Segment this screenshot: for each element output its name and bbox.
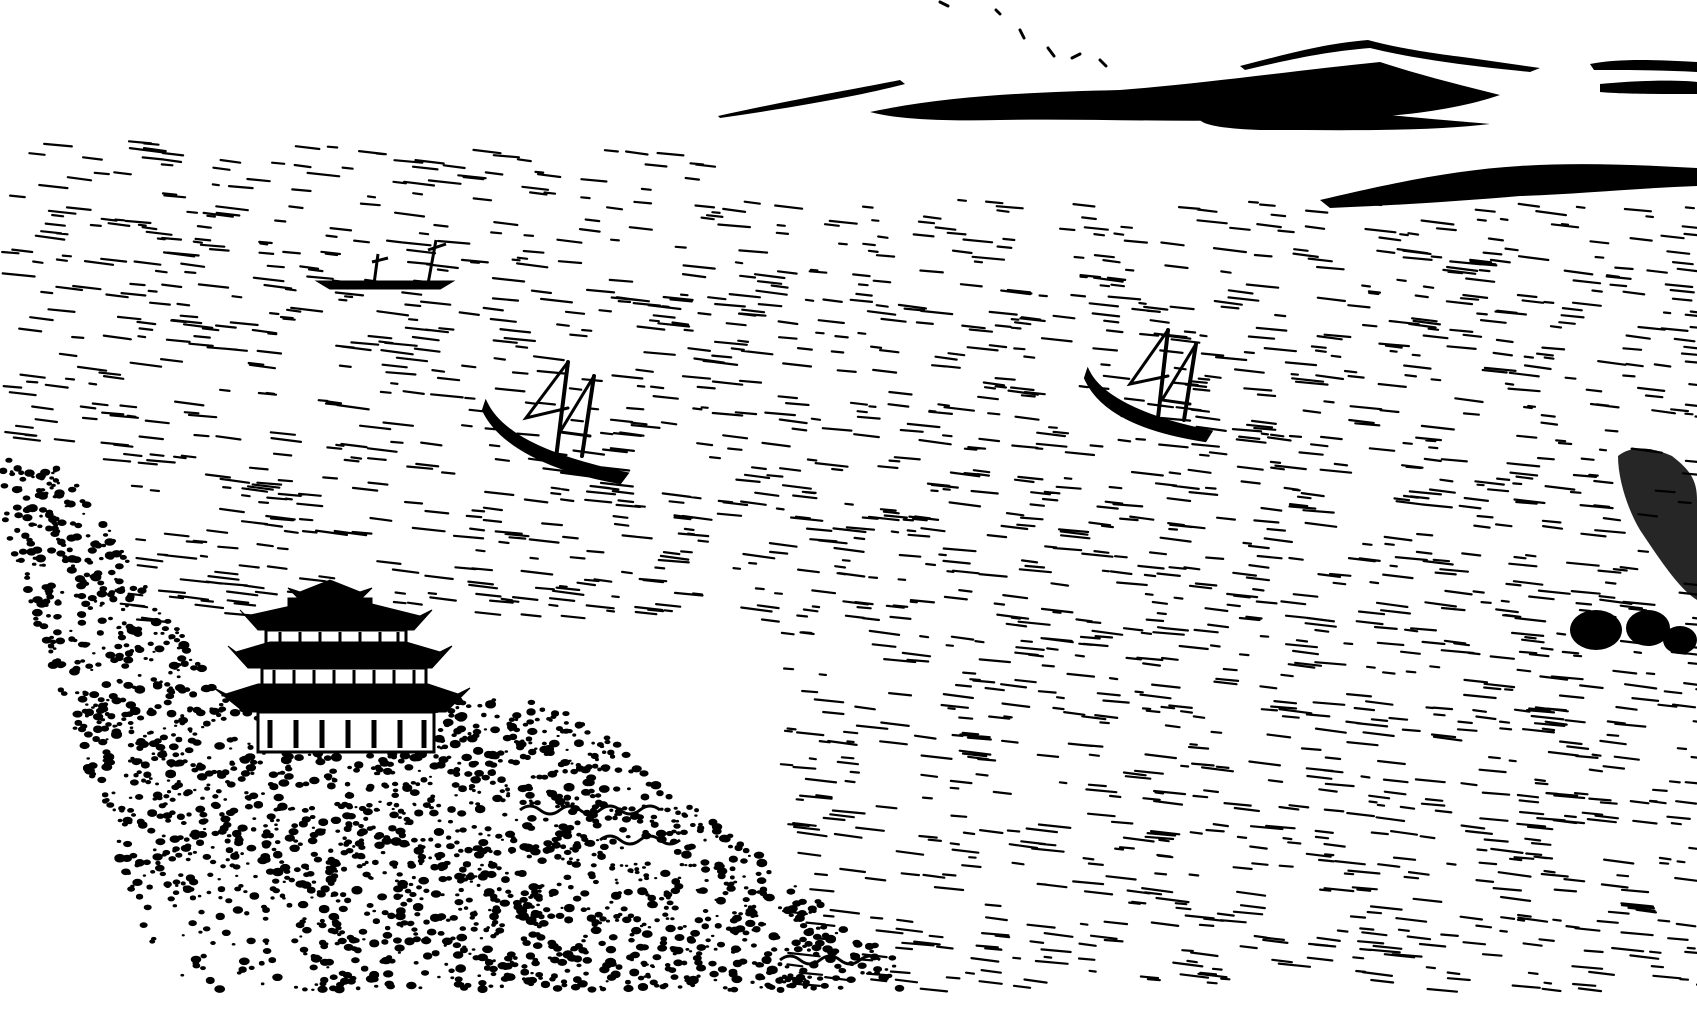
landscape-illustration: Ink landscape: pagoda overlooking a lake… bbox=[0, 0, 1697, 1028]
paper-background bbox=[0, 0, 1697, 1028]
